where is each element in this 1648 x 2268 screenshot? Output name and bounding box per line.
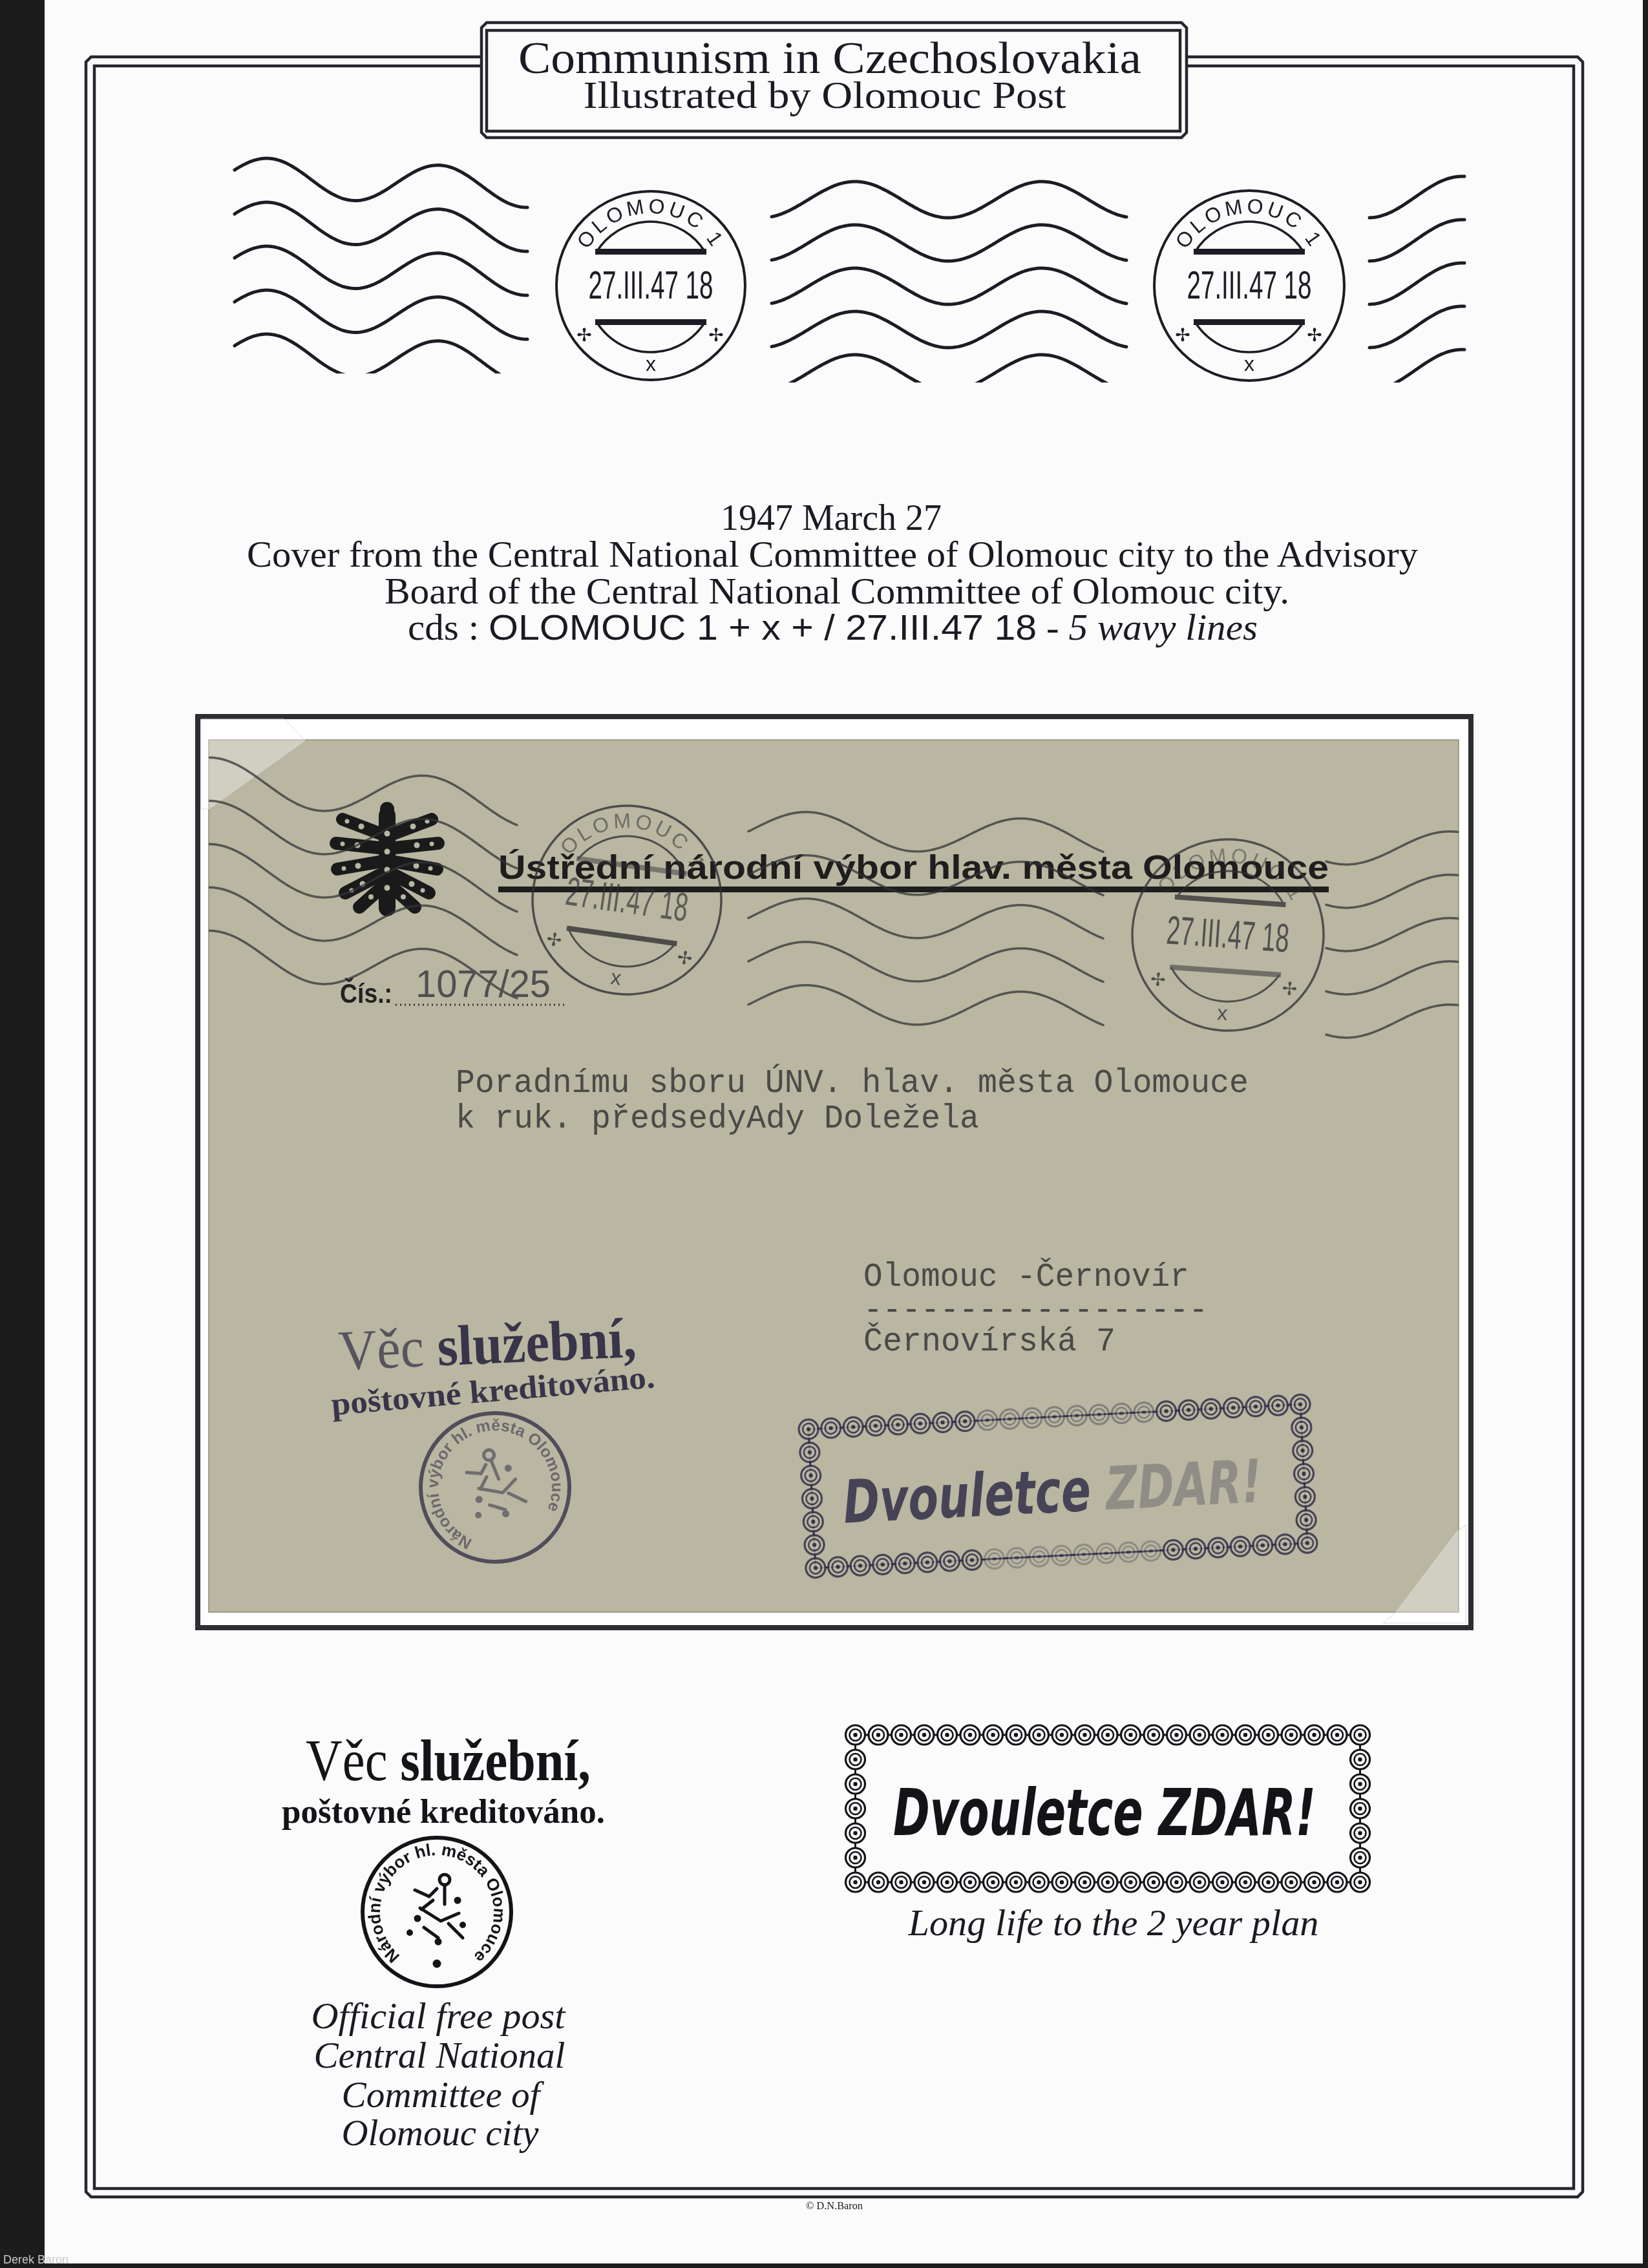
slogan-word1: Dvouletce: [893, 1775, 1143, 1851]
bead-ornament: [955, 1411, 975, 1431]
bead-ornament: [1190, 1873, 1209, 1892]
page-subtitle: Illustrated by Olomouc Post: [584, 74, 1066, 116]
svg-text:OLOMOUC 1: OLOMOUC 1: [572, 194, 730, 253]
cancel-illustration: OLOMOUC 1 27.III.47 18 ✢ ✢ x OLOMOUC 1 2…: [235, 158, 1464, 391]
bead-ornament: [1213, 1725, 1232, 1745]
cross-ornament-icon: ✢: [675, 947, 693, 970]
bead-ornament: [1190, 1725, 1209, 1745]
bead-ornament: [1259, 1725, 1278, 1745]
postmark-date: 27.III.47 18: [1165, 908, 1291, 961]
bead-ornament: [1089, 1404, 1109, 1424]
bead-ornament: [1134, 1402, 1154, 1422]
bead-ornament: [799, 1442, 819, 1462]
bead-ornament: [1291, 1417, 1311, 1437]
bead-ornament: [869, 1725, 888, 1745]
address-town: Olomouc -Černovír: [863, 1257, 1189, 1296]
wavy-lines-right: [1369, 176, 1464, 391]
bead-ornament: [960, 1873, 980, 1892]
bead-ornament: [1295, 1487, 1315, 1507]
wavy-line: [772, 182, 1126, 218]
bead-ornament: [804, 1535, 824, 1555]
slogan-word2: ZDAR!: [1103, 1447, 1263, 1524]
cross-ornament-icon: ✢: [1282, 978, 1298, 1000]
bead-ornament: [1044, 1407, 1064, 1427]
bead-ornament: [846, 1848, 865, 1867]
bead-ornament: [1075, 1873, 1095, 1892]
bead-ornament: [933, 1412, 953, 1433]
address-street: Černovírská 7: [863, 1322, 1115, 1361]
bead-ornament: [1030, 1725, 1049, 1745]
cover-envelope: Ústřední národní výbor hlav. města Olomo…: [201, 719, 1466, 1623]
bead-ornament: [1167, 1725, 1187, 1745]
bead-ornament: [1112, 1403, 1132, 1423]
official-mark-line2: poštovné kreditováno.: [282, 1794, 605, 1831]
bead-ornament: [1006, 1873, 1026, 1892]
postmark-date: 27.III.47 18: [589, 263, 713, 308]
bead-ornament: [1007, 1548, 1027, 1568]
slogan-illustration: Dvouletce ZDAR! Long life to the 2 year …: [846, 1725, 1370, 1944]
bead-ornament: [1223, 1398, 1243, 1418]
description: 1947 March 27 Cover from the Central Nat…: [247, 498, 1418, 648]
scan-band-right: [1643, 0, 1648, 2268]
bead-ornament: [1167, 1873, 1187, 1892]
bead-ornament: [1351, 1750, 1370, 1769]
bead-ornament: [1327, 1873, 1347, 1892]
bead-ornament: [1121, 1725, 1141, 1745]
bead-ornament: [888, 1414, 908, 1434]
bead-ornament: [1351, 1725, 1370, 1745]
bead-ornament: [805, 1558, 825, 1578]
bead-ornament: [1121, 1873, 1141, 1892]
bead-ornament: [1163, 1540, 1183, 1560]
bead-ornament: [803, 1511, 823, 1531]
copyright: © D.N.Baron: [806, 2200, 863, 2212]
caption-line: Olomouc city: [342, 2112, 539, 2154]
cover-date: 1947 March 27: [721, 498, 942, 538]
scan-band-bottom: [0, 2263, 1648, 2268]
wavy-line: [772, 355, 1126, 391]
bead-ornament: [846, 1725, 865, 1745]
description-line: Cover from the Central National Committe…: [247, 535, 1418, 575]
bead-ornament: [1006, 1725, 1026, 1745]
svg-text:Dvouletce ZDAR!: Dvouletce ZDAR!: [893, 1775, 1316, 1851]
bead-ornament: [984, 1549, 1004, 1569]
svg-text:OLOMOUC 1: OLOMOUC 1: [1170, 194, 1328, 253]
bead-ornament: [1236, 1873, 1255, 1892]
slogan-word1: Dvouletce: [841, 1456, 1092, 1537]
bead-ornament: [1052, 1873, 1072, 1892]
scan-band-left: [0, 0, 45, 2268]
bead-ornament: [914, 1873, 934, 1892]
exhibit-page: Communism in Czechoslovakia Illustrated …: [0, 0, 1648, 2268]
postmark-illustration-2: OLOMOUC 1 27.III.47 18 ✢ ✢ x: [1154, 191, 1344, 381]
slogan-caption: Long life to the 2 year plan: [907, 1904, 1318, 1944]
bead-ornament: [1351, 1774, 1370, 1794]
bead-ornament: [1141, 1541, 1161, 1561]
cross-ornament-icon: ✢: [576, 324, 591, 346]
wavy-line: [1369, 306, 1464, 348]
bead-ornament: [1029, 1546, 1049, 1566]
official-mark-illustration: Věc služební, poštovné kreditováno. Náro…: [282, 1727, 605, 2154]
postmark-bottom-mark: x: [1216, 1001, 1228, 1025]
bead-ornament: [1296, 1510, 1316, 1530]
cross-ornament-icon: ✢: [1150, 969, 1167, 991]
reference-number: 1077/25: [416, 962, 551, 1005]
wavy-line: [235, 246, 527, 295]
bead-ornament: [846, 1823, 865, 1843]
bead-ornament: [1066, 1405, 1086, 1425]
wavy-line: [1369, 176, 1464, 218]
bead-ornament: [938, 1725, 957, 1745]
bead-ornament: [1327, 1725, 1347, 1745]
bead-ornament: [1282, 1725, 1301, 1745]
wavy-line: [1369, 350, 1464, 391]
bead-ornament: [984, 1725, 1003, 1745]
bead-ornament: [1051, 1546, 1072, 1566]
bead-ornament: [1351, 1799, 1370, 1818]
cross-ornament-icon: ✢: [1175, 324, 1190, 346]
wavy-line: [235, 290, 527, 339]
bead-ornament: [1156, 1401, 1176, 1421]
bead-ornament: [984, 1873, 1003, 1892]
caption-line: Official free post: [312, 1995, 567, 2037]
bead-ornament: [1096, 1543, 1116, 1563]
bead-ornament: [1259, 1873, 1278, 1892]
bead-ornament: [938, 1873, 957, 1892]
postmark-illustration-1: OLOMOUC 1 27.III.47 18 ✢ ✢ x: [556, 191, 745, 380]
bead-ornament: [1305, 1725, 1324, 1745]
bead-ornament: [1351, 1848, 1370, 1867]
bead-ornament: [895, 1553, 915, 1573]
caption-line: Committee of: [342, 2074, 545, 2116]
bead-ornament: [1030, 1873, 1049, 1892]
bead-ornament: [1144, 1873, 1163, 1892]
cds-note: 5 wavy lines: [1069, 608, 1258, 648]
bead-ornament: [1178, 1400, 1198, 1420]
bead-ornament: [1073, 1544, 1093, 1564]
bead-ornament: [1351, 1873, 1370, 1892]
bead-ornament: [821, 1418, 841, 1438]
bead-ornament: [1098, 1725, 1117, 1745]
addressee-line: k ruk. předsedyAdy Doležela: [456, 1100, 979, 1138]
bead-ornament: [850, 1555, 870, 1575]
bead-ornament: [1290, 1394, 1310, 1414]
postmark-town: OLOMOUC 1: [572, 194, 730, 253]
reference-label: Čís.:: [340, 978, 392, 1009]
cds-note-dash: -: [1037, 608, 1068, 648]
bead-ornament: [1201, 1399, 1221, 1419]
bead-ornament: [802, 1489, 822, 1509]
bead-ornament: [892, 1873, 911, 1892]
official-mark-word1: Věc: [337, 1316, 425, 1383]
bead-ornament: [1282, 1873, 1301, 1892]
bead-ornament: [1098, 1873, 1117, 1892]
wavy-line: [235, 158, 527, 207]
bead-ornament: [1118, 1542, 1138, 1562]
wavy-line: [235, 334, 527, 383]
cross-ornament-icon: ✢: [1307, 324, 1322, 346]
bead-ornament: [1230, 1537, 1250, 1557]
bead-ornament: [1000, 1409, 1020, 1429]
wavy-line: [772, 311, 1126, 348]
bead-ornament: [801, 1465, 821, 1486]
bead-ornament: [846, 1774, 865, 1794]
cds-value: OLOMOUC 1 + x + / 27.III.47 18: [489, 607, 1037, 647]
seal-figure-icon: [408, 1874, 465, 1966]
bead-ornament: [865, 1416, 885, 1436]
wavy-line: [772, 225, 1126, 261]
bead-ornament: [1351, 1823, 1370, 1843]
cds-label: cds :: [408, 608, 489, 648]
cross-ornament-icon: ✢: [545, 928, 563, 951]
bead-ornament: [1268, 1395, 1288, 1415]
wavy-lines-middle: [772, 182, 1126, 391]
bead-ornament: [846, 1799, 865, 1818]
description-line: Board of the Central National Committee …: [385, 572, 1289, 612]
bead-ornament: [1297, 1533, 1317, 1553]
wavy-line: [1369, 220, 1464, 261]
bead-ornament: [798, 1419, 818, 1439]
bead-ornament: [1236, 1725, 1255, 1745]
cross-ornament-icon: ✢: [708, 324, 723, 346]
bead-ornament: [1075, 1725, 1095, 1745]
bead-ornament: [1252, 1535, 1273, 1555]
wavy-line: [772, 268, 1126, 304]
wavy-line: [1369, 263, 1464, 304]
bead-ornament: [846, 1750, 865, 1769]
bead-ornament: [1213, 1873, 1232, 1892]
bead-ornament: [1144, 1725, 1163, 1745]
bead-ornament: [1208, 1537, 1228, 1557]
wavy-line: [235, 202, 527, 251]
bead-ornament: [1305, 1873, 1324, 1892]
official-mark-word1: Věc: [306, 1727, 388, 1793]
bead-ornament: [1245, 1396, 1265, 1416]
wavy-lines-left: [235, 158, 527, 383]
bead-ornament: [869, 1873, 888, 1892]
slogan-word2: ZDAR!: [1157, 1775, 1316, 1851]
bead-ornament: [914, 1725, 934, 1745]
bead-ornament: [960, 1725, 980, 1745]
bead-ornament: [828, 1557, 848, 1577]
postmark-town: OLOMOUC 1: [1170, 194, 1328, 253]
postmark-bottom-mark: x: [1244, 352, 1254, 375]
bead-ornament: [1185, 1538, 1205, 1559]
bead-ornament: [917, 1552, 937, 1572]
bead-ornament: [843, 1417, 863, 1437]
bead-ornament: [872, 1555, 893, 1575]
seal-illustration: Národní výbor hl. města Olomouce: [363, 1838, 511, 1986]
caption-line: Central National: [314, 2034, 565, 2076]
postmark-bottom-mark: x: [646, 352, 656, 375]
addressee-line: Poradnímu sboru ÚNV. hlav. města Olomouc…: [456, 1064, 1249, 1102]
bead-ornament: [977, 1410, 997, 1430]
bead-ornament: [846, 1873, 865, 1892]
cds-line: cds : OLOMOUC 1 + x + / 27.III.47 18 - 5…: [408, 607, 1258, 648]
bead-ornament: [910, 1413, 930, 1433]
bead-ornament: [1294, 1464, 1314, 1484]
official-mark-word2: služební,: [400, 1727, 591, 1793]
scanner-credit: Derek Baron: [3, 2253, 69, 2266]
svg-text:Věc služební,: Věc služební,: [306, 1727, 591, 1793]
bead-ornament: [892, 1725, 911, 1745]
bead-ornament: [1275, 1534, 1295, 1554]
bead-ornament: [1052, 1725, 1072, 1745]
bead-ornament: [940, 1551, 960, 1571]
title-box: Communism in Czechoslovakia Illustrated …: [481, 23, 1187, 138]
bead-ornament: [962, 1550, 982, 1570]
bead-ornament: [1293, 1440, 1313, 1460]
postmark-date: 27.III.47 18: [1187, 263, 1312, 308]
bead-ornament: [1022, 1408, 1042, 1428]
